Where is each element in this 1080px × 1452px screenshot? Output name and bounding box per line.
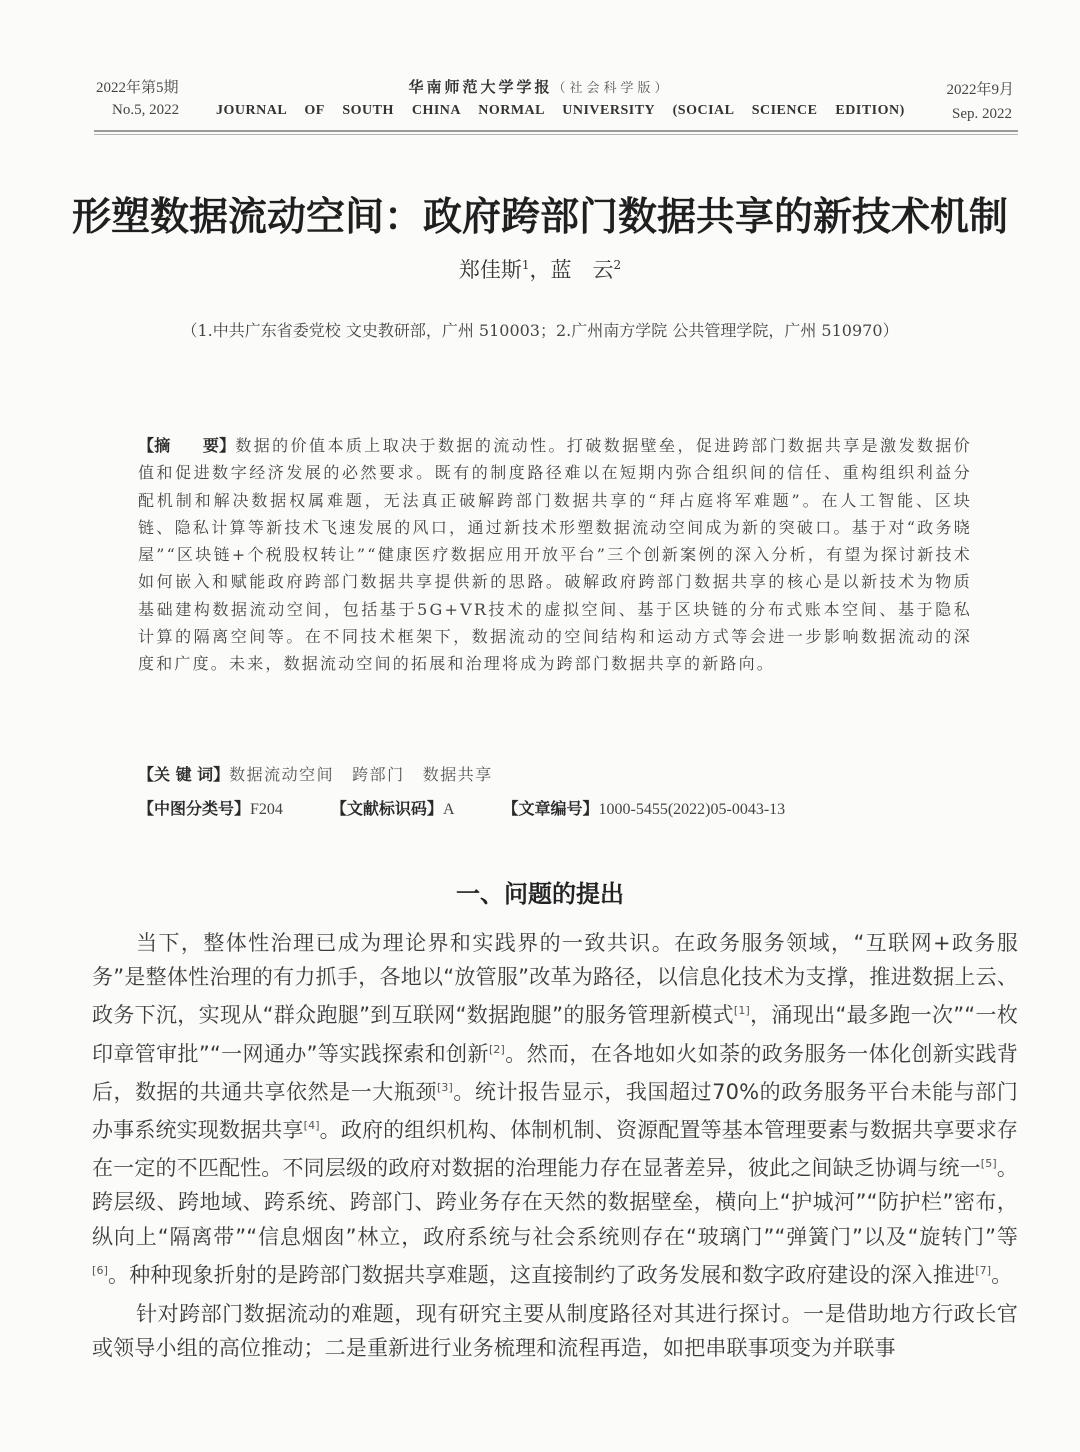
body-paragraph-2: 针对跨部门数据流动的难题，现有研究主要从制度路径对其进行探讨。一是借助地方行政长… [92,1297,1018,1365]
keyword: 跨部门 [352,765,405,784]
classification-line: 【中图分类号】F204 【文献标识码】A 【文章编号】1000-5455(202… [138,796,829,819]
citation[interactable]: [1] [734,1004,750,1017]
author-affil-sup: 2 [614,258,622,272]
author-line: 郑佳斯1，蓝 云2 [0,254,1080,284]
author-name: 郑佳斯 [459,258,522,282]
document-code: 【文献标识码】A [331,801,455,818]
abstract: 【摘 要】数据的价值本质上取决于数据的流动性。打破数据壁垒，促进跨部门数据共享是… [138,432,972,678]
keyword: 数据流动空间 [229,765,334,784]
journal-name-cn-sub: （社会科学版） [553,81,672,96]
keywords: 【关 键 词】数据流动空间跨部门数据共享 [138,762,511,785]
section-heading: 一、问题的提出 [0,874,1080,909]
abstract-label: 【摘 要】 [138,436,235,455]
issue-en: No.5, 2022 [112,102,179,119]
journal-name-cn-main: 华南师范大学学报 [408,78,552,96]
article-id-value: 1000-5455(2022)05-0043-13 [599,801,786,818]
article-id-label: 【文章编号】 [503,799,599,818]
citation[interactable]: [5] [981,1157,997,1170]
journal-name-en: JOURNAL OF SOUTH CHINA NORMAL UNIVERSITY… [216,103,905,119]
header-rule-thin [94,134,1018,135]
clc-label: 【中图分类号】 [138,799,250,818]
article-title: 形塑数据流动空间：政府跨部门数据共享的新技术机制 [0,186,1080,242]
author-affil-sup: 1 [522,258,530,272]
journal-name-cn: 华南师范大学学报（社会科学版） [0,76,1080,97]
citation[interactable]: [7] [975,1264,991,1277]
journal-header: 2022年第5期 No.5, 2022 华南师范大学学报（社会科学版） JOUR… [0,0,1080,140]
body-text: 。 [991,1263,1012,1287]
clc-number: 【中图分类号】F204 [138,801,283,818]
article-id: 【文章编号】1000-5455(2022)05-0043-13 [503,801,786,818]
doc-code-label: 【文献标识码】 [331,799,443,818]
keyword: 数据共享 [423,765,493,784]
clc-value: F204 [250,801,283,818]
citation[interactable]: [2] [489,1043,505,1056]
affiliation: （1.中共广东省委党校 文史教研部，广州 510003；2.广州南方学院 公共管… [0,318,1080,341]
abstract-text: 数据的价值本质上取决于数据的流动性。打破数据壁垒，促进跨部门数据共享是激发数据价… [138,436,972,673]
header-rule [94,130,1018,132]
citation[interactable]: [6] [92,1264,108,1277]
body-text: 。种种现象折射的是跨部门数据共享难题，这直接制约了政务发展和数字政府建设的深入推… [108,1263,975,1287]
body-paragraph-1: 当下，整体性治理已成为理论界和实践界的一致共识。在政务服务领域，“互联网+政务服… [92,926,1018,1292]
keywords-label: 【关 键 词】 [138,765,229,784]
author-separator: ， [530,258,551,282]
body-text: 针对跨部门数据流动的难题，现有研究主要从制度路径对其进行探讨。一是借助地方行政长… [92,1297,1018,1365]
author-name: 蓝 云 [551,258,614,282]
doc-code-value: A [443,801,455,818]
citation[interactable]: [3] [437,1081,453,1094]
date-en: Sep. 2022 [952,106,1012,123]
date-cn: 2022年9月 [946,78,1014,99]
citation[interactable]: [4] [304,1119,320,1132]
